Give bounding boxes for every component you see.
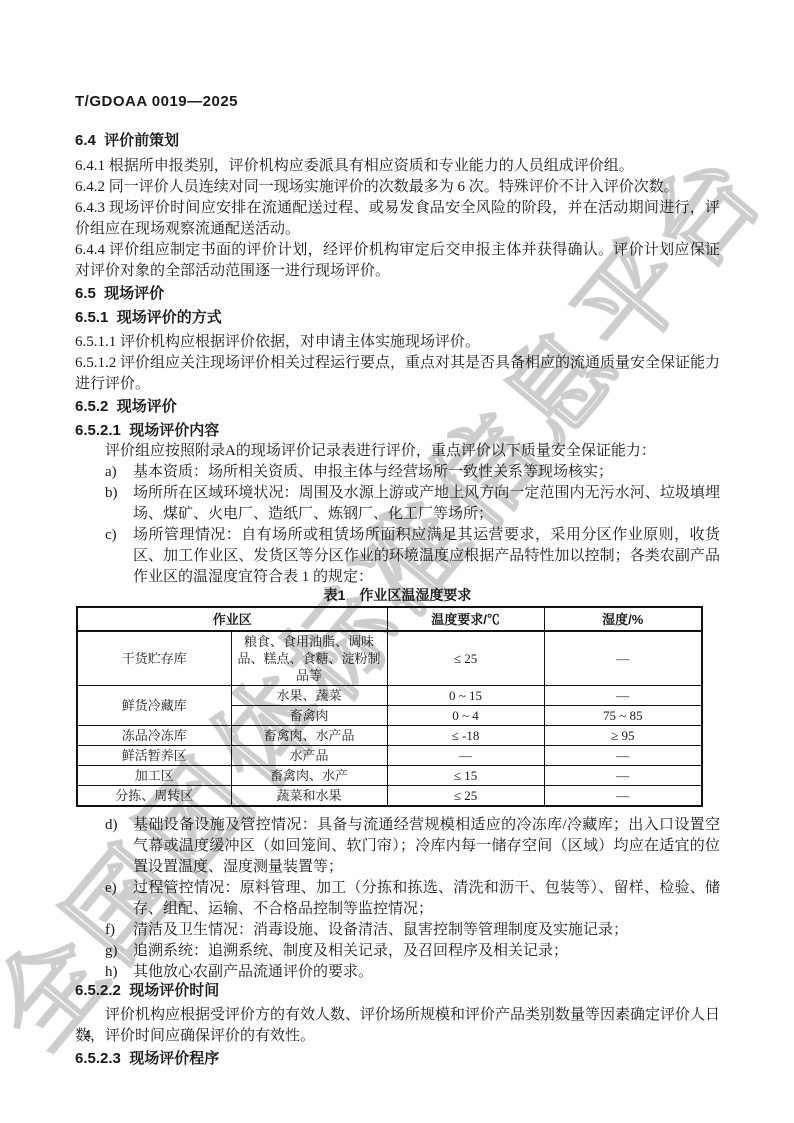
list-item-text: 基础设备设施及管控情况：具备与流通经营规模相适应的冷冻库/冷藏库；出入口设置空气… — [133, 815, 720, 878]
table-row: 加工区 畜禽肉、水产 ≤ 15 — — [77, 766, 702, 786]
list-item-text: 追溯系统：追溯系统、制度及相关记录，及召回程序及相关记录； — [133, 941, 720, 962]
section-heading-6-5-2-2: 6.5.2.2 现场评价时间 — [75, 981, 720, 1001]
table-header-row: 作业区 温度要求/℃ 湿度/% — [77, 607, 702, 631]
paragraph-6-5-1-2: 6.5.1.2 评价组应关注现场评价相关过程运行要点，重点对其是否具备相应的流通… — [75, 353, 720, 395]
document-page: 全国团体标准信息平台 T/GDOAA 0019—2025 6.4 评价前策划 6… — [0, 0, 794, 1123]
cell-zone: 分拣、周转区 — [77, 786, 231, 807]
section-heading-6-5: 6.5 现场评价 — [75, 284, 720, 304]
cell-products: 畜禽肉、水产 — [231, 766, 387, 786]
cell-products: 粮食、食用油脂、调味品、糕点、食糖、淀粉制品等 — [231, 631, 387, 686]
cell-humidity: 75 ~ 85 — [544, 706, 702, 726]
cell-humidity: — — [544, 766, 702, 786]
list-item-d: d) 基础设备设施及管控情况：具备与流通经营规模相适应的冷冻库/冷藏库；出入口设… — [75, 815, 720, 878]
cell-products: 水产品 — [231, 746, 387, 766]
paragraph-6-5-2-2: 评价机构应根据受评价方的有效人数、评价场所规模和评价产品类别数量等因素确定评价人… — [75, 1005, 720, 1047]
page-number: 4 — [84, 1026, 91, 1046]
section-heading-6-5-2: 6.5.2 现场评价 — [75, 397, 720, 417]
list-item-text: 其他放心农副产品流通评价的要求。 — [133, 962, 720, 983]
table-row: 干货贮存库 粮食、食用油脂、调味品、糕点、食糖、淀粉制品等 ≤ 25 — — [77, 631, 702, 686]
cell-zone: 鲜货冷藏库 — [77, 686, 231, 726]
column-header-temp: 温度要求/℃ — [387, 607, 544, 631]
paragraph-6-5-1-1: 6.5.1.1 评价机构应根据评价依据，对申请主体实施现场评价。 — [75, 332, 720, 353]
table-row: 分拣、周转区 蔬菜和水果 ≤ 25 — — [77, 786, 702, 807]
table-row: 鲜活暂养区 水产品 — — — [77, 746, 702, 766]
cell-humidity: ≥ 95 — [544, 726, 702, 746]
cell-humidity: — — [544, 746, 702, 766]
list-item-text: 过程管控情况：原料管理、加工（分拣和拣选、清洗和沥干、包装等）、留样、检验、储存… — [133, 878, 720, 920]
section-heading-6-5-1: 6.5.1 现场评价的方式 — [75, 308, 720, 328]
list-item-g: g) 追溯系统：追溯系统、制度及相关记录，及召回程序及相关记录； — [75, 941, 720, 962]
cell-temp: 0 ~ 4 — [387, 706, 544, 726]
paragraph-6-4-1: 6.4.1 根据所申报类别，评价机构应委派具有相应资质和专业能力的人员组成评价组… — [75, 156, 720, 177]
spacer — [75, 807, 720, 815]
table-caption: 表1 作业区温湿度要求 — [75, 586, 720, 604]
list-item-label: d) — [105, 815, 133, 878]
section-heading-6-4: 6.4 评价前策划 — [75, 131, 720, 151]
page-content: T/GDOAA 0019—2025 6.4 评价前策划 6.4.1 根据所申报类… — [0, 0, 794, 1069]
list-item-label: a) — [105, 462, 133, 483]
cell-products: 水果、蔬菜 — [231, 686, 387, 706]
list-item-e: e) 过程管控情况：原料管理、加工（分拣和拣选、清洗和沥干、包装等）、留样、检验… — [75, 878, 720, 920]
list-item-h: h) 其他放心农副产品流通评价的要求。 — [75, 962, 720, 983]
cell-humidity: — — [544, 631, 702, 686]
cell-temp: ≤ 25 — [387, 786, 544, 807]
list-item-text: 清洁及卫生情况：消毒设施、设备清洁、鼠害控制等管理制度及实施记录； — [133, 920, 720, 941]
list-item-label: b) — [105, 483, 133, 525]
paragraph-6-4-3: 6.4.3 现场评价时间应安排在流通配送过程、或易发食品安全风险的阶段，并在活动… — [75, 198, 720, 240]
section-heading-6-5-2-3: 6.5.2.3 现场评价程序 — [75, 1049, 720, 1069]
cell-temp: — — [387, 746, 544, 766]
list-item-label: h) — [105, 962, 133, 983]
list-item-text: 场所所在区域环境状况：周围及水源上游或产地上风方向一定范围内无污水河、垃圾填埋场… — [133, 483, 720, 525]
list-item-f: f) 清洁及卫生情况：消毒设施、设备清洁、鼠害控制等管理制度及实施记录； — [75, 920, 720, 941]
cell-products: 畜禽肉 — [231, 706, 387, 726]
cell-products: 蔬菜和水果 — [231, 786, 387, 807]
cell-zone: 鲜活暂养区 — [77, 746, 231, 766]
cell-zone: 干货贮存库 — [77, 631, 231, 686]
paragraph-6-4-2: 6.4.2 同一评价人员连续对同一现场实施评价的次数最多为 6 次。特殊评价不计… — [75, 177, 720, 198]
column-header-zone: 作业区 — [77, 607, 387, 631]
paragraph-6-4-4: 6.4.4 评价组应制定书面的评价计划，经评价机构审定后交申报主体并获得确认。评… — [75, 240, 720, 282]
list-item-text: 场所管理情况：自有场所或租赁场所面积应满足其运营要求，采用分区作业原则，收货区、… — [133, 525, 720, 588]
standard-code-header: T/GDOAA 0019—2025 — [75, 92, 720, 112]
cell-humidity: — — [544, 786, 702, 807]
list-item-label: c) — [105, 525, 133, 588]
cell-temp: ≤ 15 — [387, 766, 544, 786]
list-item-b: b) 场所所在区域环境状况：周围及水源上游或产地上风方向一定范围内无污水河、垃圾… — [75, 483, 720, 525]
cell-temp: ≤ 25 — [387, 631, 544, 686]
cell-temp: 0 ~ 15 — [387, 686, 544, 706]
cell-temp: ≤ -18 — [387, 726, 544, 746]
column-header-humidity: 湿度/% — [544, 607, 702, 631]
cell-humidity: — — [544, 686, 702, 706]
list-item-label: f) — [105, 920, 133, 941]
temperature-humidity-table: 作业区 温度要求/℃ 湿度/% 干货贮存库 粮食、食用油脂、调味品、糕点、食糖、… — [76, 606, 703, 807]
list-item-c: c) 场所管理情况：自有场所或租赁场所面积应满足其运营要求，采用分区作业原则，收… — [75, 525, 720, 588]
list-item-text: 基本资质：场所相关资质、申报主体与经营场所一致性关系等现场核实； — [133, 462, 720, 483]
list-item-a: a) 基本资质：场所相关资质、申报主体与经营场所一致性关系等现场核实； — [75, 462, 720, 483]
table-row: 鲜货冷藏库 水果、蔬菜 0 ~ 15 — — [77, 686, 702, 706]
cell-products: 畜禽肉、水产品 — [231, 726, 387, 746]
paragraph-evaluation-intro: 评价组应按照附录A的现场评价记录表进行评价，重点评价以下质量安全保证能力： — [75, 441, 720, 462]
table-row: 冻品冷冻库 畜禽肉、水产品 ≤ -18 ≥ 95 — [77, 726, 702, 746]
list-item-label: e) — [105, 878, 133, 920]
cell-zone: 加工区 — [77, 766, 231, 786]
cell-zone: 冻品冷冻库 — [77, 726, 231, 746]
list-item-label: g) — [105, 941, 133, 962]
section-heading-6-5-2-1: 6.5.2.1 现场评价内容 — [75, 421, 720, 441]
